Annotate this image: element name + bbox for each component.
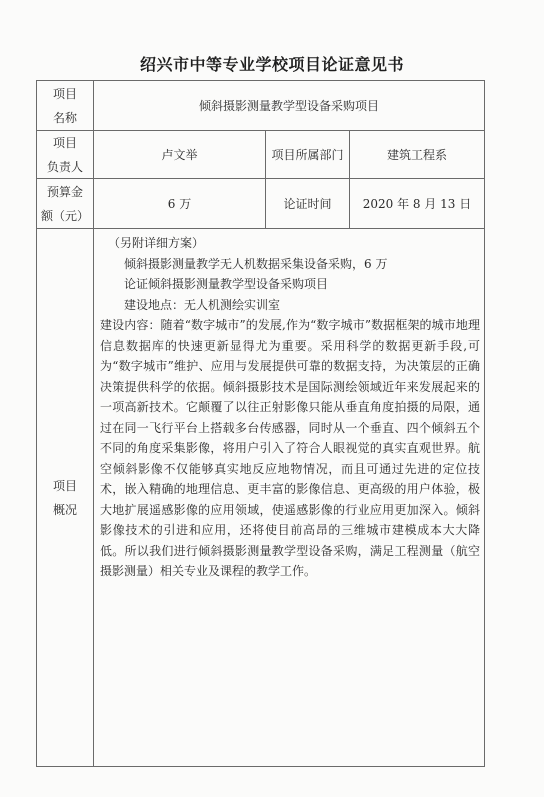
- value-department: 建筑工程系: [350, 131, 484, 178]
- label-budget: 预算金额（元）: [37, 179, 94, 228]
- label-line: 名称: [53, 106, 77, 130]
- overview-content: （另附详细方案） 倾斜摄影测量教学无人机数据采集设备采购，6 万 论证倾斜摄影测…: [100, 233, 480, 582]
- row-budget: 预算金额（元） 6 万 论证时间 2020 年 8 月 13 日: [37, 179, 484, 229]
- overview-item: 论证倾斜摄影测量教学型设备采购项目: [100, 274, 480, 295]
- value-review-date: 2020 年 8 月 13 日: [350, 179, 484, 228]
- overview-item: 建设地点：无人机测绘实训室: [100, 295, 480, 316]
- value-budget: 6 万: [94, 179, 266, 228]
- value-project-name: 倾斜摄影测量教学型设备采购项目: [94, 81, 484, 130]
- row-project-name: 项目名称 倾斜摄影测量教学型设备采购项目: [37, 81, 484, 131]
- label-line: 项目: [53, 82, 77, 106]
- overview-body: 建设内容：随着“数字城市”的发展,作为“数字城市”数据框架的城市地理信息数据库的…: [100, 315, 480, 582]
- label-line: 负责人: [47, 155, 83, 179]
- form-table: 项目名称 倾斜摄影测量教学型设备采购项目 项目负责人 卢文举 项目所属部门 建筑…: [36, 80, 485, 767]
- row-overview: 项目概况 （另附详细方案） 倾斜摄影测量教学无人机数据采集设备采购，6 万 论证…: [37, 229, 484, 766]
- row-project-leader: 项目负责人 卢文举 项目所属部门 建筑工程系: [37, 131, 484, 179]
- overview-item: 倾斜摄影测量教学无人机数据采集设备采购，6 万: [100, 254, 480, 275]
- label-line: 概况: [53, 498, 77, 522]
- label-line: 额（元）: [41, 204, 89, 228]
- label-review-date: 论证时间: [266, 179, 350, 228]
- label-line: 预算金: [41, 180, 89, 204]
- overview-note: （另附详细方案）: [100, 233, 480, 254]
- document-title: 绍兴市中等专业学校项目论证意见书: [0, 52, 544, 75]
- label-overview: 项目概况: [37, 229, 94, 766]
- label-project-name: 项目名称: [37, 81, 94, 130]
- value-project-leader: 卢文举: [94, 131, 266, 178]
- label-line: 项目: [53, 474, 77, 498]
- label-line: 项目: [47, 131, 83, 155]
- label-department: 项目所属部门: [266, 131, 350, 178]
- label-project-leader: 项目负责人: [37, 131, 94, 178]
